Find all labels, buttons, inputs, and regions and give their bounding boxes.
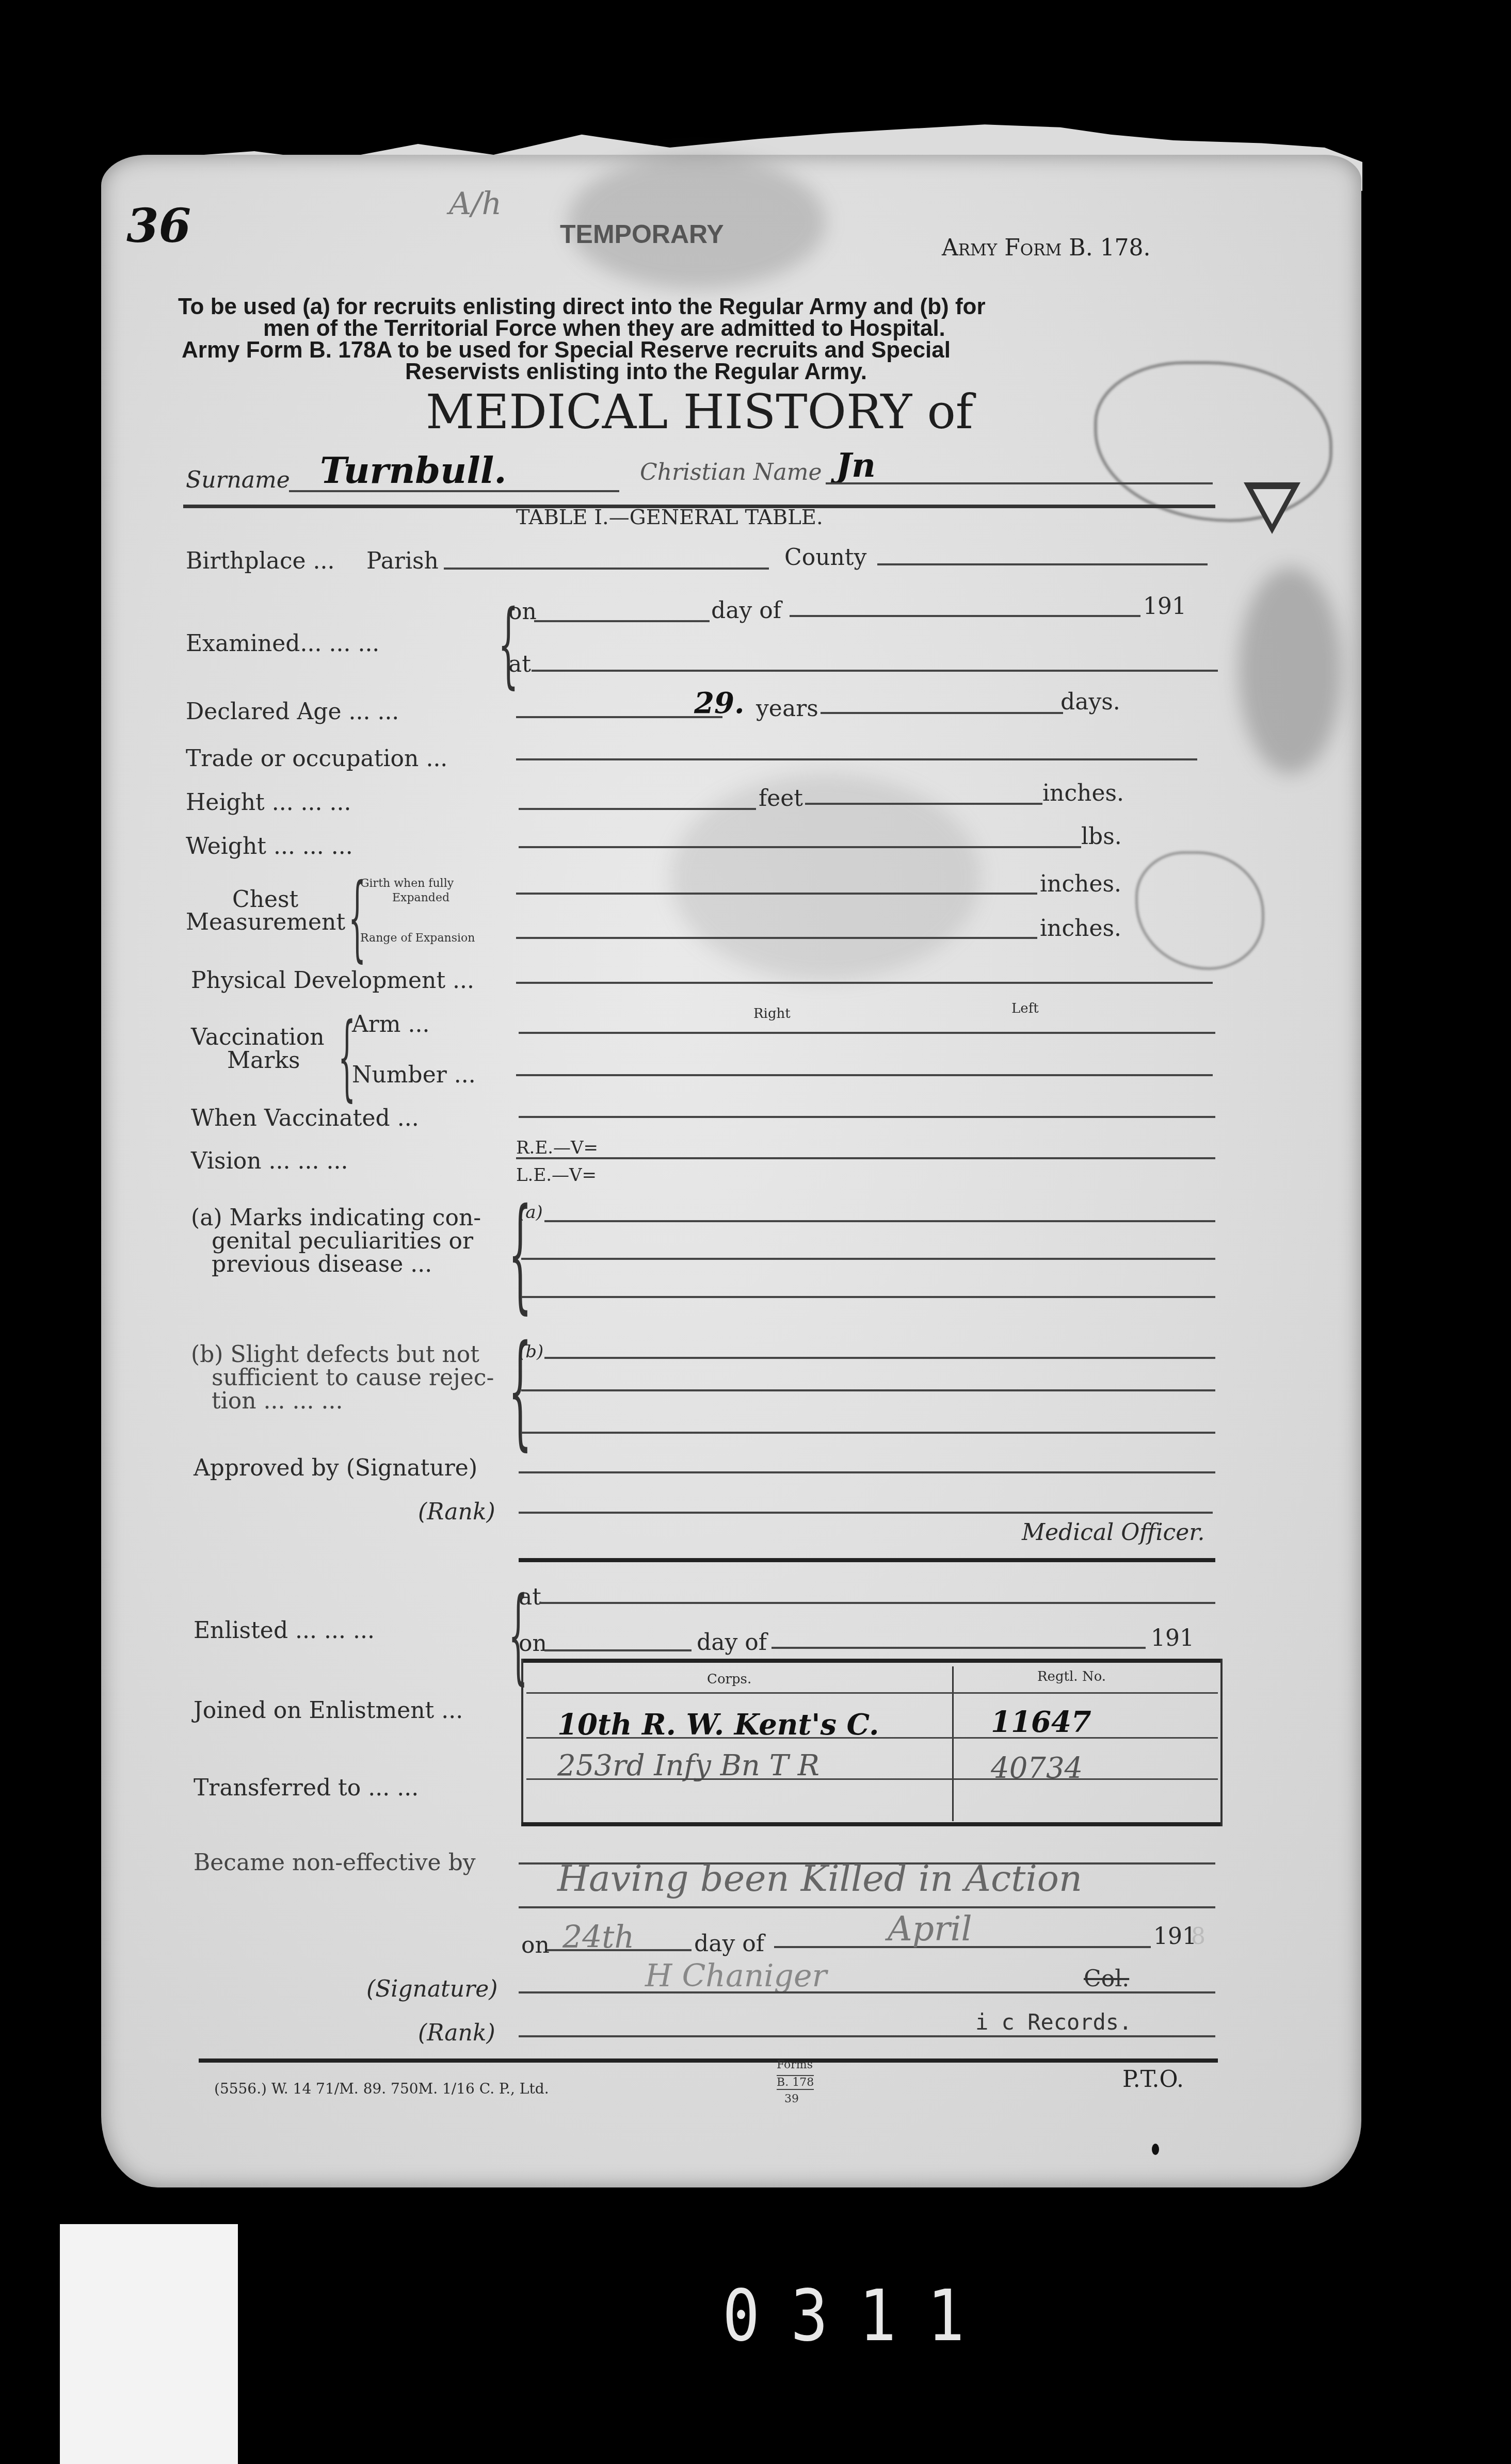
vaccination-number-label: Number ... bbox=[352, 1062, 476, 1088]
joined-on-enlistment-label: Joined on Enlistment ... bbox=[194, 1697, 463, 1724]
approved-signature-field[interactable] bbox=[519, 1471, 1215, 1473]
instruction-line-4: Reservists enlisting into the Regular Ar… bbox=[405, 359, 867, 385]
chest-girth-unit: inches. bbox=[1040, 871, 1121, 897]
transferred-corps-value[interactable]: 253rd Infy Bn T R bbox=[557, 1749, 819, 1782]
signature-value[interactable]: H Chaniger bbox=[645, 1958, 827, 1994]
vision-re-field[interactable] bbox=[516, 1157, 1215, 1159]
forms-ref: B. 178 bbox=[777, 2075, 814, 2090]
non-effective-on-label: on bbox=[521, 1932, 550, 1958]
transferred-row-line bbox=[526, 1778, 1218, 1780]
non-effective-year-prefix: 191 bbox=[1153, 1923, 1197, 1950]
surname-value[interactable]: Turnbull. bbox=[320, 449, 507, 492]
ink-dot bbox=[1152, 2144, 1159, 2155]
vaccination-right-label: Right bbox=[753, 1006, 791, 1022]
smudge bbox=[671, 774, 980, 980]
medical-officer-label: Medical Officer. bbox=[1022, 1519, 1204, 1546]
trade-field[interactable] bbox=[516, 758, 1197, 760]
defects-b-line-3: tion ... ... ... bbox=[212, 1388, 343, 1414]
marks-a-line-3: previous disease ... bbox=[212, 1251, 432, 1277]
girth-label-2: Expanded bbox=[392, 891, 449, 904]
vaccination-label-2: Marks bbox=[227, 1047, 300, 1074]
pencil-note: A/h bbox=[449, 186, 502, 222]
approved-by-label: Approved by (Signature) bbox=[194, 1455, 477, 1481]
marks-a-line-1: (a) Marks indicating con- bbox=[191, 1205, 481, 1231]
non-effective-month-value[interactable]: April bbox=[888, 1909, 972, 1949]
christian-name-label: Christian Name bbox=[640, 459, 822, 485]
rank-value[interactable]: i c Records. bbox=[975, 2009, 1132, 2035]
age-years-value[interactable]: 29. bbox=[694, 686, 744, 720]
vaccination-left-label: Left bbox=[1011, 1001, 1039, 1016]
physical-development-field[interactable] bbox=[516, 982, 1213, 984]
defects-b-line-1: (b) Slight defects but not bbox=[191, 1341, 479, 1368]
range-label: Range of Expansion bbox=[360, 932, 475, 945]
enlisted-at-label: at bbox=[519, 1584, 541, 1610]
declared-age-label: Declared Age ... ... bbox=[186, 699, 399, 725]
approved-rank-label: (Rank) bbox=[418, 1499, 495, 1525]
examined-day-field[interactable] bbox=[534, 620, 710, 622]
forms-num: 39 bbox=[784, 2093, 799, 2105]
surname-label: Surname bbox=[186, 467, 290, 493]
corps-table-divider bbox=[952, 1666, 954, 1821]
height-inches-field[interactable] bbox=[805, 803, 1042, 805]
trade-label: Trade or occupation ... bbox=[186, 745, 447, 772]
defects-b-field-3[interactable] bbox=[521, 1432, 1215, 1434]
chest-range-unit: inches. bbox=[1040, 915, 1121, 942]
page-title: MEDICAL HISTORY of bbox=[426, 384, 973, 440]
physical-development-label: Physical Development ... bbox=[191, 967, 474, 994]
height-inches-label: inches. bbox=[1042, 780, 1124, 806]
county-field[interactable] bbox=[877, 563, 1208, 565]
vaccination-label-1: Vaccination bbox=[191, 1024, 324, 1050]
corps-table-bottom bbox=[521, 1822, 1220, 1826]
enlisted-day-field[interactable] bbox=[544, 1649, 692, 1651]
defects-b-field-2[interactable] bbox=[521, 1389, 1215, 1391]
signature-suffix: Col. bbox=[1084, 1966, 1129, 1992]
defects-b-field-1[interactable] bbox=[544, 1357, 1215, 1359]
corps-header-line bbox=[526, 1692, 1218, 1694]
vaccination-number-field[interactable] bbox=[516, 1074, 1213, 1076]
weight-label: Weight ... ... ... bbox=[186, 833, 353, 860]
joined-row-line bbox=[526, 1737, 1218, 1739]
vaccination-arm-field[interactable] bbox=[519, 1032, 1215, 1034]
corps-table-right bbox=[1220, 1659, 1223, 1826]
non-effective-day-of-label: day of bbox=[694, 1931, 764, 1957]
examined-place-field[interactable] bbox=[532, 670, 1218, 672]
examined-on-label: on bbox=[508, 598, 537, 625]
age-days-label: days. bbox=[1060, 689, 1120, 715]
defects-b-line-2: sufficient to cause rejec- bbox=[212, 1365, 494, 1391]
print-code: (5556.) W. 14 71/M. 89. 750M. 1/16 C. P.… bbox=[214, 2080, 549, 2097]
joined-regtl-no-value[interactable]: 11647 bbox=[991, 1705, 1091, 1739]
marks-a-line-2: genital peculiarities or bbox=[212, 1228, 473, 1254]
rank-label: (Rank) bbox=[418, 2020, 495, 2046]
corps-header: Corps. bbox=[707, 1672, 751, 1687]
enlisted-place-field[interactable] bbox=[539, 1602, 1215, 1604]
pto-label: P.T.O. bbox=[1122, 2066, 1184, 2093]
chest-range-field[interactable] bbox=[516, 937, 1037, 939]
surname-line bbox=[289, 490, 619, 492]
enlisted-on-label: on bbox=[519, 1630, 547, 1657]
enlisted-year-prefix: 191 bbox=[1151, 1625, 1194, 1651]
examined-label: Examined... ... ... bbox=[186, 630, 379, 657]
calibration-card bbox=[60, 2224, 238, 2464]
christian-name-line bbox=[826, 482, 1213, 484]
when-vaccinated-field[interactable] bbox=[519, 1116, 1215, 1118]
signature-label: (Signature) bbox=[366, 1976, 497, 2002]
rank-field[interactable] bbox=[519, 2035, 1215, 2037]
birthplace-label: Birthplace ... bbox=[186, 548, 335, 574]
examined-year-prefix: 191 bbox=[1143, 593, 1186, 620]
approved-rank-field[interactable] bbox=[519, 1512, 1213, 1514]
examined-at-label: at bbox=[508, 651, 531, 677]
non-effective-year-suffix: 8 bbox=[1191, 1923, 1205, 1950]
non-effective-reason[interactable]: Having been Killed in Action bbox=[557, 1857, 1082, 1900]
vision-re-label: R.E.—V= bbox=[516, 1138, 598, 1158]
triangle-inner bbox=[1253, 489, 1291, 524]
corps-table-left bbox=[521, 1659, 523, 1826]
section-divider bbox=[519, 1558, 1215, 1562]
marks-a-field-3[interactable] bbox=[521, 1296, 1215, 1298]
weight-field[interactable] bbox=[519, 846, 1081, 848]
weight-unit: lbs. bbox=[1081, 823, 1122, 850]
when-vaccinated-label: When Vaccinated ... bbox=[191, 1105, 419, 1131]
examined-month-field[interactable] bbox=[790, 615, 1140, 617]
height-feet-label: feet bbox=[759, 785, 803, 812]
marks-a-field-1[interactable] bbox=[544, 1220, 1215, 1222]
transferred-regtl-no-value[interactable]: 40734 bbox=[991, 1752, 1083, 1785]
corps-table-top bbox=[521, 1659, 1220, 1663]
chest-girth-field[interactable] bbox=[516, 893, 1037, 895]
vaccination-arm-label: Arm ... bbox=[352, 1011, 429, 1038]
marks-a-prefix: (a) bbox=[519, 1202, 543, 1223]
chest-label-2: Measurement bbox=[186, 909, 345, 935]
smudge bbox=[1239, 568, 1342, 774]
height-label: Height ... ... ... bbox=[186, 789, 351, 816]
forms-label: Forms bbox=[777, 2058, 813, 2071]
enlisted-label: Enlisted ... ... ... bbox=[194, 1617, 375, 1644]
form-id: Army Form B. 178. bbox=[942, 235, 1151, 261]
girth-label-1: Girth when fully bbox=[360, 877, 454, 890]
age-years-label: years bbox=[756, 695, 818, 722]
county-label: County bbox=[784, 544, 866, 571]
vision-label: Vision ... ... ... bbox=[191, 1148, 348, 1174]
enlisted-month-field[interactable] bbox=[771, 1647, 1146, 1649]
corner-number: 36 bbox=[126, 199, 191, 253]
parish-field[interactable] bbox=[444, 568, 769, 570]
age-years-field[interactable] bbox=[516, 716, 722, 718]
marks-a-field-2[interactable] bbox=[521, 1258, 1215, 1260]
footer-rule bbox=[199, 2058, 1218, 2063]
age-days-field[interactable] bbox=[821, 712, 1063, 714]
enlisted-day-of-label: day of bbox=[697, 1629, 767, 1656]
parish-label: Parish bbox=[366, 548, 439, 574]
examined-day-of-label: day of bbox=[711, 597, 781, 624]
non-effective-label: Became non-effective by bbox=[194, 1850, 476, 1876]
transferred-to-label: Transferred to ... ... bbox=[194, 1775, 419, 1801]
frame-counter: 0311 bbox=[722, 2275, 995, 2358]
signature-field[interactable] bbox=[519, 1991, 1215, 1993]
regtl-no-header: Regtl. No. bbox=[1037, 1669, 1106, 1684]
defects-b-prefix: (b) bbox=[519, 1341, 543, 1362]
christian-name-value[interactable]: Jn bbox=[836, 446, 876, 485]
height-feet-field[interactable] bbox=[519, 808, 756, 810]
non-effective-field-2[interactable] bbox=[519, 1906, 1215, 1908]
non-effective-day-value[interactable]: 24th bbox=[562, 1919, 634, 1955]
temporary-stamp: TEMPORARY bbox=[560, 219, 724, 249]
table-title: TABLE I.—GENERAL TABLE. bbox=[516, 506, 823, 529]
